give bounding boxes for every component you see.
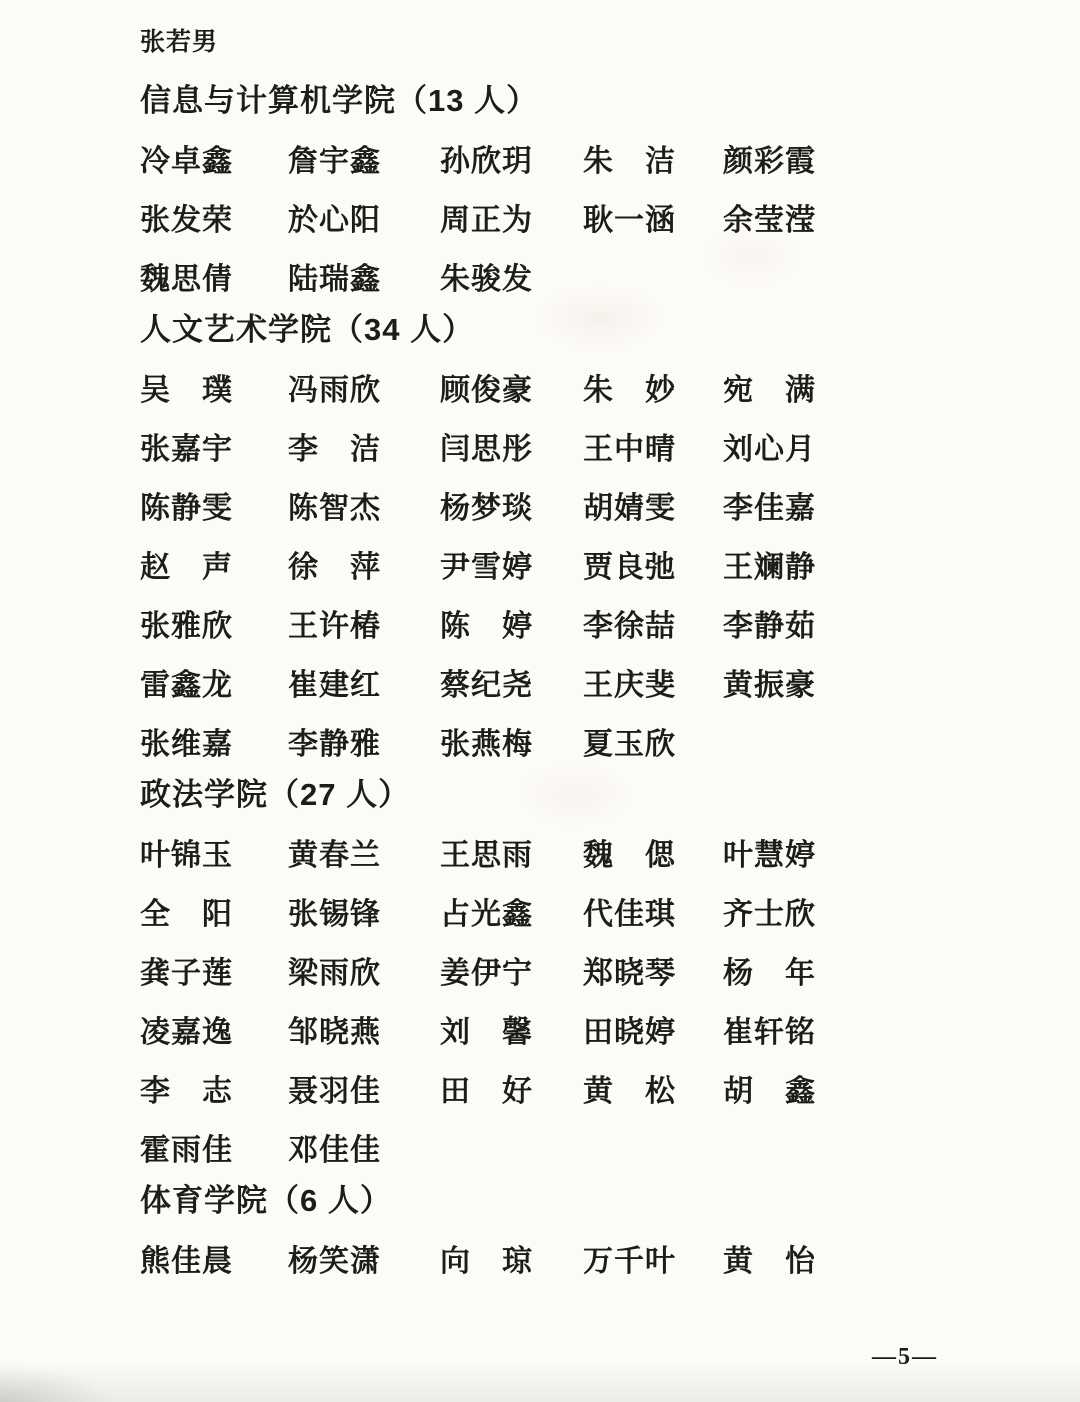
student-name: 陆瑞鑫 bbox=[288, 254, 440, 298]
student-name: 李佳嘉 bbox=[723, 483, 1030, 527]
name-row: 吴 璞冯雨欣顾俊豪朱 妙宛 满 bbox=[140, 357, 1030, 416]
student-name: 雷鑫龙 bbox=[140, 660, 288, 704]
name-row: 雷鑫龙崔建红蔡纪尧王庆斐黄振豪 bbox=[140, 652, 1030, 711]
student-name: 闫思彤 bbox=[440, 424, 583, 468]
student-name: 周正为 bbox=[440, 195, 583, 239]
student-name: 张锡锋 bbox=[288, 889, 440, 933]
student-name: 代佳琪 bbox=[583, 889, 723, 933]
student-name: 孙欣玥 bbox=[440, 136, 583, 180]
student-name: 邹晓燕 bbox=[288, 1007, 440, 1051]
student-name: 叶慧婷 bbox=[723, 830, 1030, 874]
page-number: —5— bbox=[872, 1344, 938, 1371]
student-name: 向 琼 bbox=[440, 1236, 583, 1280]
name-row: 陈静雯陈智杰杨梦琰胡婧雯李佳嘉 bbox=[140, 475, 1030, 534]
student-name: 聂羽佳 bbox=[288, 1066, 440, 1110]
student-name: 胡 鑫 bbox=[723, 1066, 1030, 1110]
student-name: 梁雨欣 bbox=[288, 948, 440, 992]
student-name: 张雅欣 bbox=[140, 601, 288, 645]
student-name: 詹宇鑫 bbox=[288, 136, 440, 180]
name-row: 张发荣於心阳周正为耿一涵余莹滢 bbox=[140, 187, 1030, 246]
name-row: 叶锦玉黄春兰王思雨魏 偲叶慧婷 bbox=[140, 822, 1030, 881]
student-name: 龚子莲 bbox=[140, 948, 288, 992]
student-name: 凌嘉逸 bbox=[140, 1007, 288, 1051]
student-name: 李徐喆 bbox=[583, 601, 723, 645]
student-name: 郑晓琴 bbox=[583, 948, 723, 992]
student-name: 李 洁 bbox=[288, 424, 440, 468]
student-name: 王斓静 bbox=[723, 542, 1030, 586]
student-name: 冷卓鑫 bbox=[140, 136, 288, 180]
student-name: 顾俊豪 bbox=[440, 365, 583, 409]
section-physical-education-college: 体育学院（6 人） 熊佳晨杨笑潇向 琼万千叶黄 怡 bbox=[140, 1182, 1030, 1287]
name-row: 张维嘉李静雅张燕梅夏玉欣 bbox=[140, 711, 1030, 770]
name-row: 冷卓鑫詹宇鑫孙欣玥朱 洁颜彩霞 bbox=[140, 128, 1030, 187]
student-name: 刘心月 bbox=[723, 424, 1030, 468]
section-politics-law-college: 政法学院（27 人） 叶锦玉黄春兰王思雨魏 偲叶慧婷全 阳张锡锋占光鑫代佳琪齐士… bbox=[140, 776, 1030, 1176]
student-name: 张维嘉 bbox=[140, 719, 288, 763]
student-name: 黄振豪 bbox=[723, 660, 1030, 704]
name-row: 张嘉宇李 洁闫思彤王中晴刘心月 bbox=[140, 416, 1030, 475]
student-name: 黄春兰 bbox=[288, 830, 440, 874]
student-name: 张嘉宇 bbox=[140, 424, 288, 468]
student-name: 余莹滢 bbox=[723, 195, 1030, 239]
student-name: 李 志 bbox=[140, 1066, 288, 1110]
student-name: 朱骏发 bbox=[440, 254, 583, 298]
name-row: 凌嘉逸邹晓燕刘 馨田晓婷崔轩铭 bbox=[140, 999, 1030, 1058]
student-name: 夏玉欣 bbox=[583, 719, 723, 763]
student-name: 王庆斐 bbox=[583, 660, 723, 704]
name-row: 全 阳张锡锋占光鑫代佳琪齐士欣 bbox=[140, 881, 1030, 940]
student-name: 叶锦玉 bbox=[140, 830, 288, 874]
section-heading: 体育学院（6 人） bbox=[140, 1182, 1030, 1220]
student-name: 贾良弛 bbox=[583, 542, 723, 586]
name-list: 冷卓鑫詹宇鑫孙欣玥朱 洁颜彩霞张发荣於心阳周正为耿一涵余莹滢魏思倩陆瑞鑫朱骏发 bbox=[140, 128, 1030, 305]
student-name: 魏 偲 bbox=[583, 830, 723, 874]
student-name: 邓佳佳 bbox=[288, 1125, 440, 1169]
section-heading: 人文艺术学院（34 人） bbox=[140, 311, 1030, 349]
student-name: 吴 璞 bbox=[140, 365, 288, 409]
student-name: 熊佳晨 bbox=[140, 1236, 288, 1280]
student-name: 黄 怡 bbox=[723, 1236, 1030, 1280]
student-name: 姜伊宁 bbox=[440, 948, 583, 992]
name-row: 李 志聂羽佳田 好黄 松胡 鑫 bbox=[140, 1058, 1030, 1117]
student-name: 占光鑫 bbox=[440, 889, 583, 933]
section-humanities-arts-college: 人文艺术学院（34 人） 吴 璞冯雨欣顾俊豪朱 妙宛 满张嘉宇李 洁闫思彤王中晴… bbox=[140, 311, 1030, 770]
section-heading: 信息与计算机学院（13 人） bbox=[140, 82, 1030, 120]
student-name: 张发荣 bbox=[140, 195, 288, 239]
student-name: 田晓婷 bbox=[583, 1007, 723, 1051]
student-name: 宛 满 bbox=[723, 365, 1030, 409]
name-row: 霍雨佳邓佳佳 bbox=[140, 1117, 1030, 1176]
student-name: 颜彩霞 bbox=[723, 136, 1030, 180]
student-name: 李静雅 bbox=[288, 719, 440, 763]
name-list: 叶锦玉黄春兰王思雨魏 偲叶慧婷全 阳张锡锋占光鑫代佳琪齐士欣龚子莲梁雨欣姜伊宁郑… bbox=[140, 822, 1030, 1176]
student-name: 蔡纪尧 bbox=[440, 660, 583, 704]
student-name: 陈智杰 bbox=[288, 483, 440, 527]
student-name: 王中晴 bbox=[583, 424, 723, 468]
scanned-document-page: 张若男 信息与计算机学院（13 人） 冷卓鑫詹宇鑫孙欣玥朱 洁颜彩霞张发荣於心阳… bbox=[0, 0, 1080, 1402]
student-name: 杨梦琰 bbox=[440, 483, 583, 527]
student-name: 田 好 bbox=[440, 1066, 583, 1110]
student-name: 崔建红 bbox=[288, 660, 440, 704]
student-name: 齐士欣 bbox=[723, 889, 1030, 933]
student-name: 朱 洁 bbox=[583, 136, 723, 180]
student-name: 耿一涵 bbox=[583, 195, 723, 239]
student-name: 徐 萍 bbox=[288, 542, 440, 586]
student-name: 霍雨佳 bbox=[140, 1125, 288, 1169]
student-name: 李静茹 bbox=[723, 601, 1030, 645]
name-row: 赵 声徐 萍尹雪婷贾良弛王斓静 bbox=[140, 534, 1030, 593]
name-list: 熊佳晨杨笑潇向 琼万千叶黄 怡 bbox=[140, 1228, 1030, 1287]
student-name: 陈 婷 bbox=[440, 601, 583, 645]
student-name: 杨 年 bbox=[723, 948, 1030, 992]
student-name: 崔轩铭 bbox=[723, 1007, 1030, 1051]
name-list: 吴 璞冯雨欣顾俊豪朱 妙宛 满张嘉宇李 洁闫思彤王中晴刘心月陈静雯陈智杰杨梦琰胡… bbox=[140, 357, 1030, 770]
student-name: 王思雨 bbox=[440, 830, 583, 874]
continued-name: 张若男 bbox=[140, 28, 1030, 58]
student-name: 陈静雯 bbox=[140, 483, 288, 527]
student-name: 於心阳 bbox=[288, 195, 440, 239]
name-row: 魏思倩陆瑞鑫朱骏发 bbox=[140, 246, 1030, 305]
student-name: 胡婧雯 bbox=[583, 483, 723, 527]
student-name: 王许椿 bbox=[288, 601, 440, 645]
student-name: 黄 松 bbox=[583, 1066, 723, 1110]
student-name: 杨笑潇 bbox=[288, 1236, 440, 1280]
student-name: 赵 声 bbox=[140, 542, 288, 586]
student-name: 朱 妙 bbox=[583, 365, 723, 409]
section-heading: 政法学院（27 人） bbox=[140, 776, 1030, 814]
student-name: 尹雪婷 bbox=[440, 542, 583, 586]
name-row: 张雅欣王许椿陈 婷李徐喆李静茹 bbox=[140, 593, 1030, 652]
name-row: 熊佳晨杨笑潇向 琼万千叶黄 怡 bbox=[140, 1228, 1030, 1287]
student-name: 冯雨欣 bbox=[288, 365, 440, 409]
student-name: 刘 馨 bbox=[440, 1007, 583, 1051]
name-row: 龚子莲梁雨欣姜伊宁郑晓琴杨 年 bbox=[140, 940, 1030, 999]
student-name: 魏思倩 bbox=[140, 254, 288, 298]
student-name: 全 阳 bbox=[140, 889, 288, 933]
student-name: 张燕梅 bbox=[440, 719, 583, 763]
student-name: 万千叶 bbox=[583, 1236, 723, 1280]
section-information-computer-college: 信息与计算机学院（13 人） 冷卓鑫詹宇鑫孙欣玥朱 洁颜彩霞张发荣於心阳周正为耿… bbox=[140, 82, 1030, 305]
